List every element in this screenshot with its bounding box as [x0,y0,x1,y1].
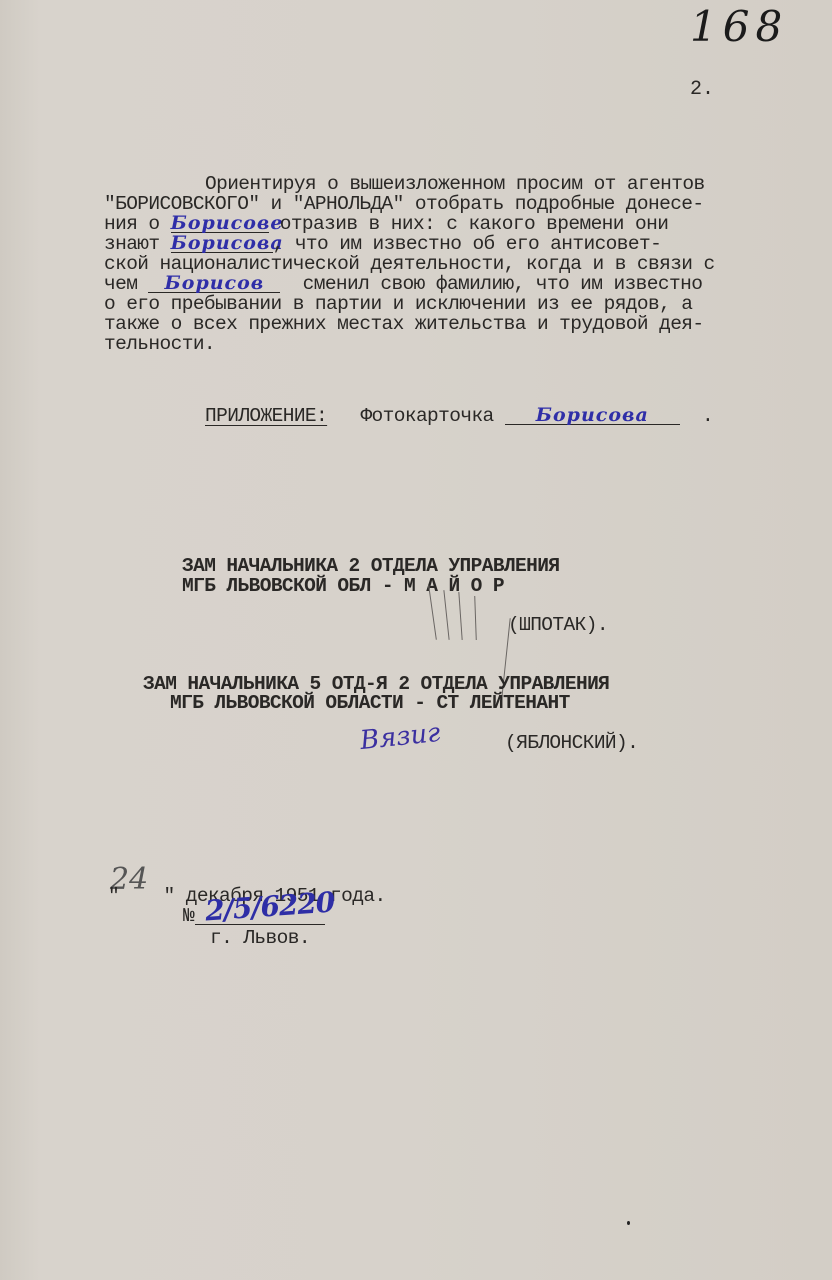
attachment-label: ПРИЛОЖЕНИЕ: [205,405,327,427]
signatory1-name: (ШПОТАК). [508,615,608,636]
handwritten-name: Борисове [171,214,269,233]
body-line-4: знают Борисова, что им известно об его а… [104,234,661,255]
signatory1-title-line1: ЗАМ НАЧАЛЬНИКА 2 ОТДЕЛА УПРАВЛЕНИЯ [182,556,559,577]
body-line-8: также о всех прежних местах жительства и… [104,314,704,335]
handwritten-name: Борисова [505,406,680,425]
city-line: г. Львов. [210,928,310,949]
ink-signature-yablonsky: Вязиг [359,718,442,756]
body-line-6: чем Борисов сменил свою фамилию, что им … [104,274,702,295]
signatory2-title-line2: МГБ ЛЬВОВСКОЙ ОБЛАСТИ - СТ ЛЕЙТЕНАНТ [170,693,570,714]
body-line-1: Ориентируя о вышеизложенном просим от аг… [205,174,705,195]
number-label: № [183,906,194,927]
handwritten-name: Борисова [171,234,273,253]
signatory2-name: (ЯБЛОНСКИЙ). [505,733,638,754]
attachment-line: ПРИЛОЖЕНИЕ: Фотокарточка Борисова . [205,406,713,427]
handwritten-name: Борисов [148,274,280,293]
number-underline [195,924,325,925]
body-line-7: о его пребывании в партии и исключении и… [104,294,692,315]
paper-speck [627,1221,630,1225]
attachment-text: Фотокарточка [360,405,493,427]
page-number: 2. [690,78,714,101]
signatory1-title-line2: МГБ ЛЬВОВСКОЙ ОБЛ - М А Й О Р [182,576,504,597]
body-line-9: тельности. [104,334,215,355]
archive-page-number: 168 [690,2,788,51]
